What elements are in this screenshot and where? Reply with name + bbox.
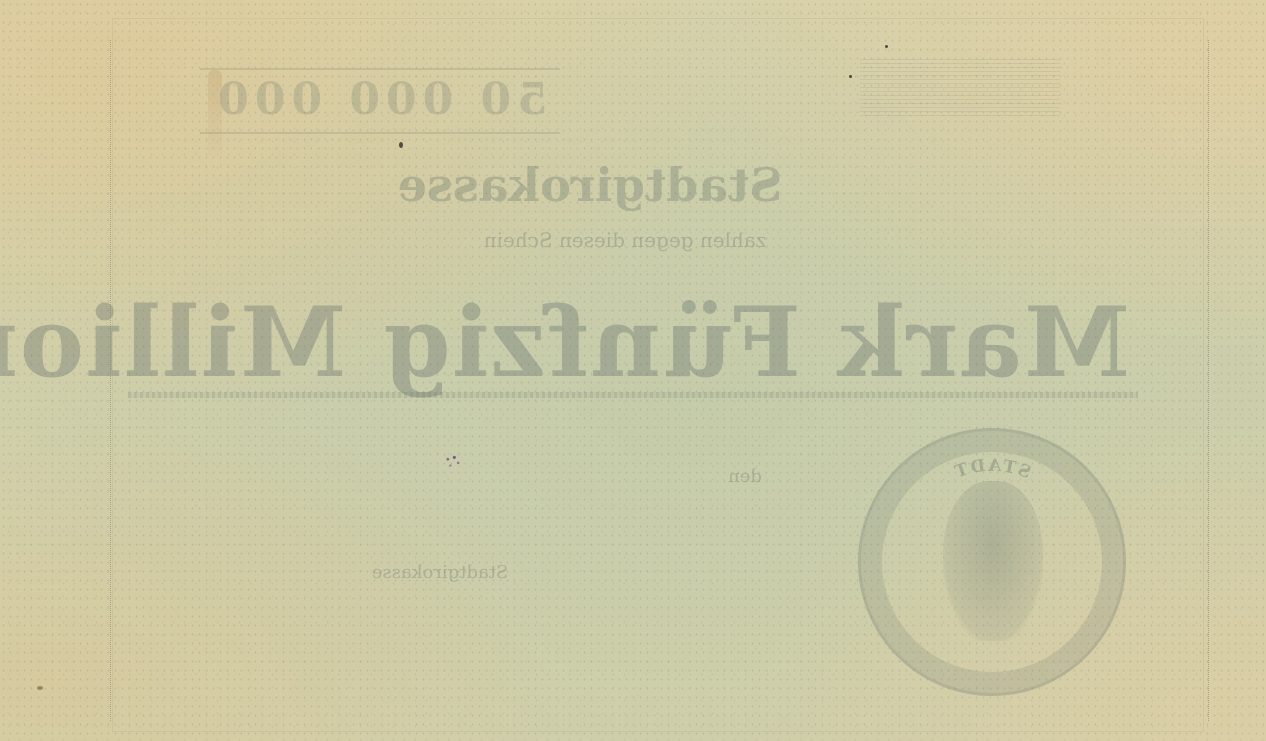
ornamental-rule <box>128 392 1138 398</box>
signature-line: Stadtgirokasse <box>140 562 740 583</box>
place-date-line: den <box>620 466 870 487</box>
purple-ink-speck <box>440 452 466 470</box>
denomination-text: Mark Fünfzig Millionen <box>120 286 1130 399</box>
issuer-heading: Stadtgirokasse <box>190 158 990 212</box>
ornament-box <box>860 58 1060 116</box>
svg-text:STADT: STADT <box>951 456 1033 483</box>
dirt-spot <box>885 45 888 48</box>
dirt-spot <box>37 686 43 690</box>
right-perforation <box>1208 40 1209 721</box>
serial-number-box: 50 000 000 <box>200 68 560 134</box>
official-seal: STADT <box>858 428 1126 696</box>
dirt-spot <box>849 75 852 78</box>
promise-line: zahlen gegen diesen Schein <box>150 228 1100 252</box>
seal-ring: STADT <box>861 431 1123 693</box>
serial-number: 50 000 000 <box>200 74 560 125</box>
dirt-spot <box>399 142 403 148</box>
